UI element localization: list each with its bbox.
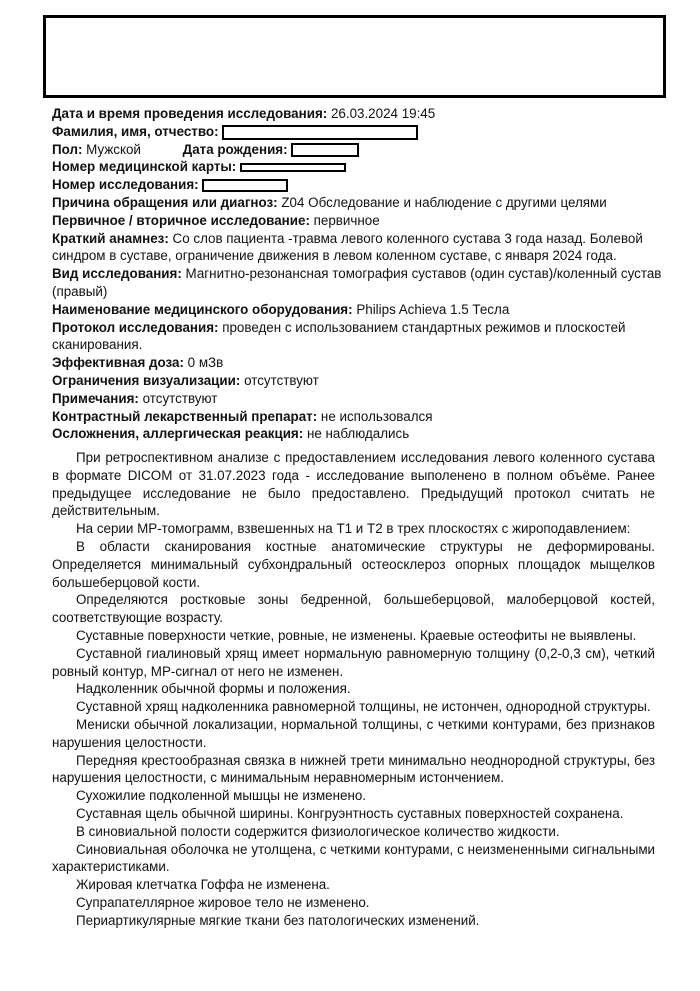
field-value: 26.03.2024 19:45: [331, 106, 435, 121]
field-label: Фамилия, имя, отчество:: [52, 124, 219, 139]
field-protocol: Протокол исследования: проведен с исполь…: [52, 319, 662, 355]
field-label: Осложнения, аллергическая реакция:: [52, 426, 303, 441]
field-sex-dob: Пол: Мужской Дата рождения:: [52, 141, 662, 159]
field-label: Причина обращения или диагноз:: [52, 195, 278, 210]
field-label: Ограничения визуализации:: [52, 373, 240, 388]
field-primary-secondary: Первичное / вторичное исследование: перв…: [52, 212, 662, 230]
paragraph: Суставные поверхности четкие, ровные, не…: [52, 627, 655, 645]
paragraph: Определяются ростковые зоны бедренной, б…: [52, 591, 655, 627]
field-label: Вид исследования:: [52, 266, 182, 281]
field-label: Протокол исследования:: [52, 320, 219, 335]
field-anamnesis: Краткий анамнез: Со слов пациента -травм…: [52, 230, 662, 266]
paragraph: Суставной хрящ надколенника равномерной …: [52, 698, 655, 716]
redaction-box-dob: [291, 143, 359, 157]
redaction-box-name: [222, 125, 418, 140]
paragraph: В области сканирования костные анатомиче…: [52, 538, 655, 591]
paragraph: Суставная щель обычной ширины. Конгруэнт…: [52, 805, 655, 823]
field-label: Дата и время проведения исследования:: [52, 106, 327, 121]
findings-section: При ретроспективном анализе с предоставл…: [52, 449, 655, 930]
patient-info-section: Дата и время проведения исследования: 26…: [52, 105, 662, 443]
field-contrast: Контрастный лекарственный препарат: не и…: [52, 408, 662, 426]
field-medical-card: Номер медицинской карты:: [52, 158, 662, 176]
paragraph: При ретроспективном анализе с предоставл…: [52, 449, 655, 520]
field-label: Первичное / вторичное исследование:: [52, 213, 310, 228]
field-label: Эффективная доза:: [52, 355, 184, 370]
paragraph: Суставной гиалиновый хрящ имеет нормальн…: [52, 645, 655, 681]
paragraph: Супрапателлярное жировое тело не изменен…: [52, 894, 655, 912]
paragraph: Надколенник обычной формы и положения.: [52, 680, 655, 698]
field-label: Наименование медицинского оборудования:: [52, 302, 353, 317]
field-visualization-limits: Ограничения визуализации: отсутствуют: [52, 372, 662, 390]
field-notes: Примечания: отсутствуют: [52, 390, 662, 408]
field-label-dob: Дата рождения:: [183, 142, 288, 157]
field-equipment: Наименование медицинского оборудования: …: [52, 301, 662, 319]
field-value: отсутствуют: [244, 373, 319, 388]
field-full-name: Фамилия, имя, отчество:: [52, 123, 662, 141]
paragraph: В синовиальной полости содержится физиол…: [52, 823, 655, 841]
field-label: Контрастный лекарственный препарат:: [52, 409, 317, 424]
field-study-type: Вид исследования: Магнитно-резонансная т…: [52, 265, 662, 301]
field-value: Z04 Обследование и наблюдение с другими …: [281, 195, 606, 210]
field-label: Номер медицинской карты:: [52, 159, 236, 174]
field-value: Мужской: [86, 142, 141, 157]
field-label: Пол:: [52, 142, 82, 157]
paragraph: Жировая клетчатка Гоффа не изменена.: [52, 876, 655, 894]
field-label: Краткий анамнез:: [52, 231, 169, 246]
field-effective-dose: Эффективная доза: 0 мЗв: [52, 354, 662, 372]
field-label: Номер исследования:: [52, 177, 199, 192]
field-complications: Осложнения, аллергическая реакция: не на…: [52, 425, 662, 443]
field-value: 0 мЗв: [188, 355, 224, 370]
redaction-box-card: [240, 163, 346, 172]
field-value: не наблюдались: [307, 426, 409, 441]
field-study-number: Номер исследования:: [52, 176, 662, 194]
field-value: Philips Achieva 1.5 Тесла: [356, 302, 509, 317]
field-diagnosis: Причина обращения или диагноз: Z04 Обсле…: [52, 194, 662, 212]
paragraph: Сухожилие подколенной мышцы не изменено.: [52, 787, 655, 805]
paragraph: Передняя крестообразная связка в нижней …: [52, 752, 655, 788]
field-exam-datetime: Дата и время проведения исследования: 26…: [52, 105, 662, 123]
field-value: первичное: [314, 213, 380, 228]
paragraph: На серии МР-томограмм, взвешенных на Т1 …: [52, 520, 655, 538]
paragraph: Мениски обычной локализации, нормальной …: [52, 716, 655, 752]
redaction-box-study: [202, 179, 288, 192]
paragraph: Синовиальная оболочка не утолщена, с чет…: [52, 841, 655, 877]
field-label: Примечания:: [52, 391, 139, 406]
redacted-header-box: [43, 15, 666, 98]
paragraph: Периартикулярные мягкие ткани без патоло…: [52, 912, 655, 930]
field-value: отсутствуют: [143, 391, 218, 406]
field-value: не использовался: [321, 409, 433, 424]
